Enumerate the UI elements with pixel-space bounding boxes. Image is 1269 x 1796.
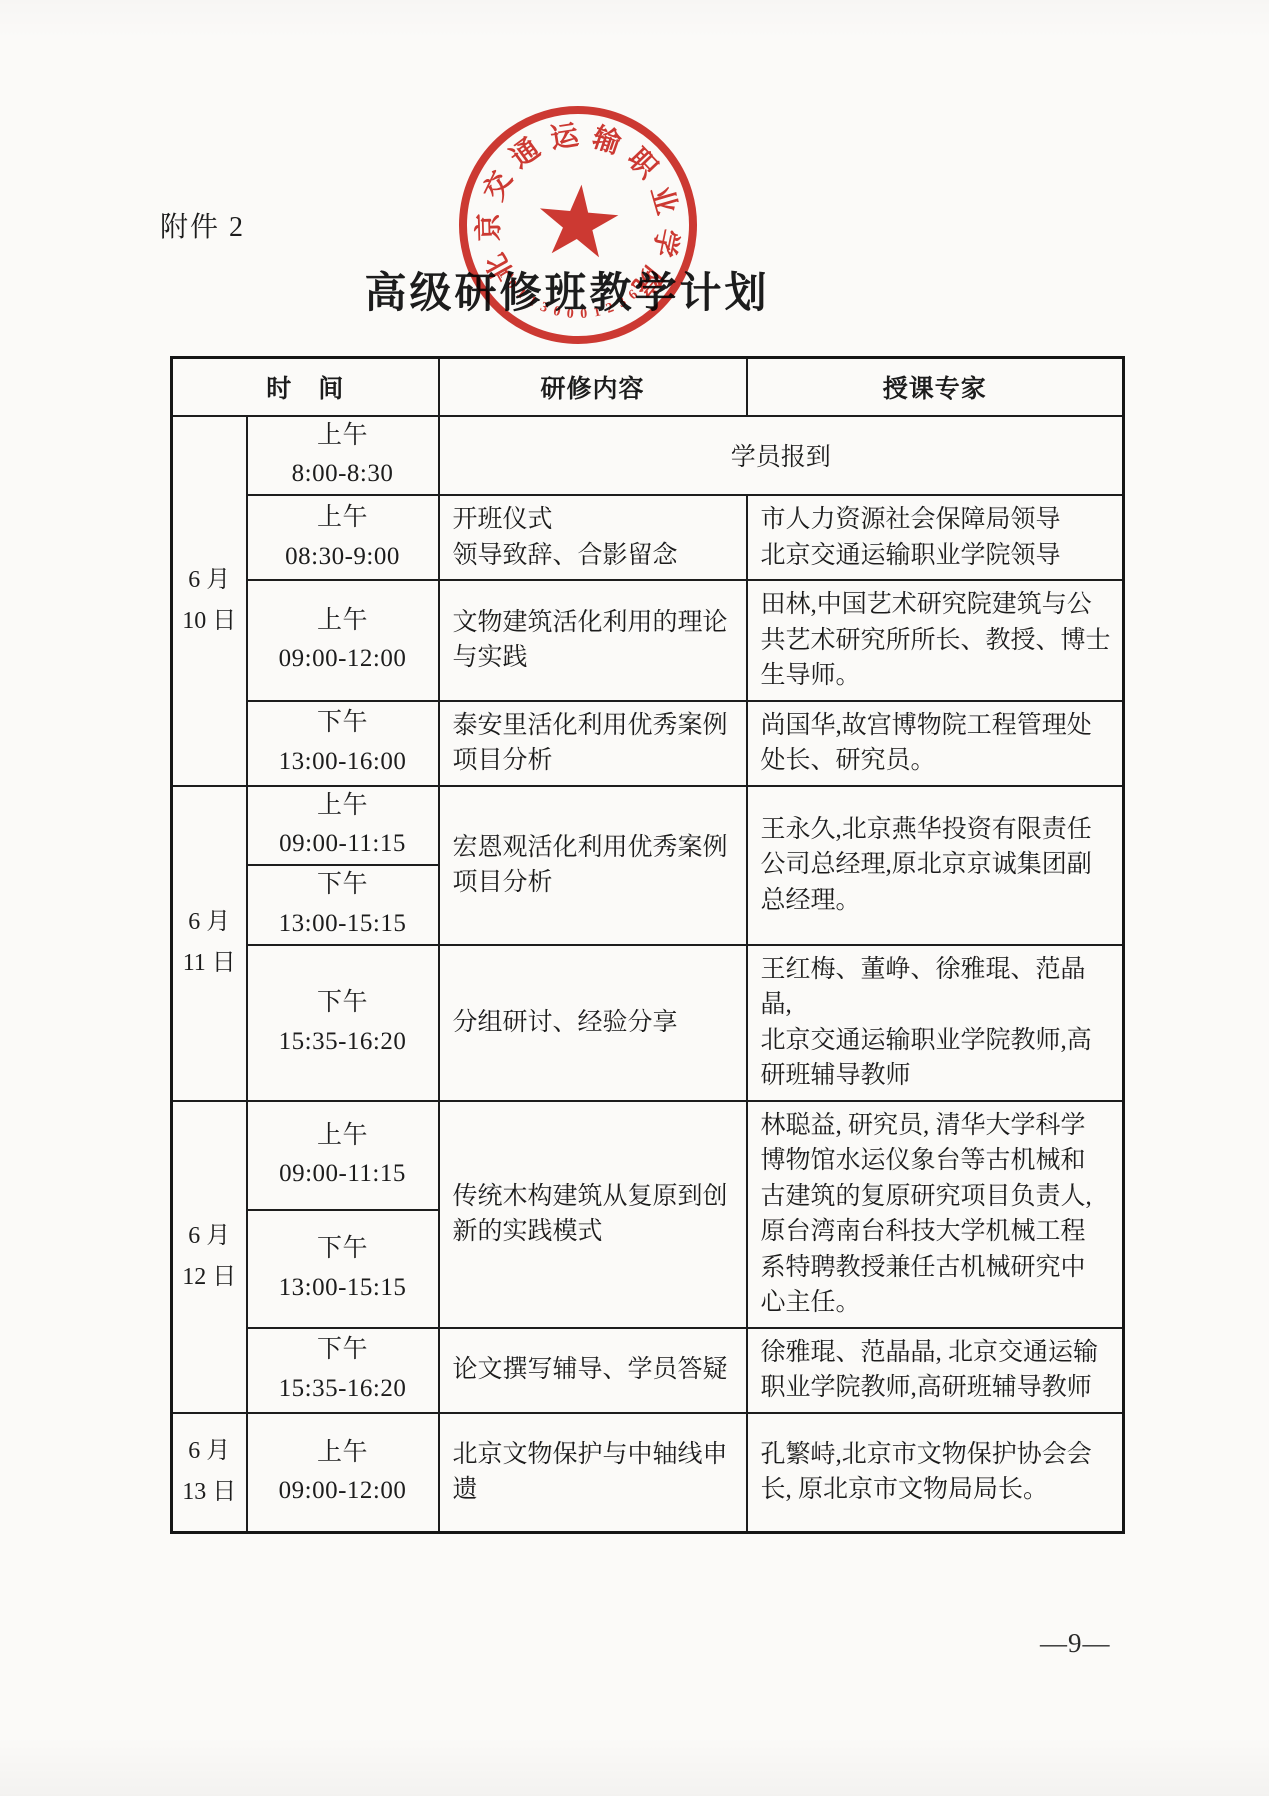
cell-date-jun11: 6 月 11 日 bbox=[172, 786, 247, 1101]
table-row: 下午 15:35-16:20 分组研讨、经验分享 王红梅、董峥、徐雅琨、范晶晶,… bbox=[172, 945, 1124, 1101]
header-expert: 授课专家 bbox=[747, 358, 1124, 416]
table-row: 上午 08:30-9:00 开班仪式 领导致辞、合影留念 市人力资源社会保障局领… bbox=[172, 495, 1124, 580]
attachment-label: 附件 2 bbox=[160, 205, 245, 245]
cell-time-r11: 上午 09:00-12:00 bbox=[247, 1413, 439, 1533]
cell-content-r10: 论文撰写辅导、学员答疑 bbox=[439, 1328, 747, 1413]
cell-time-r5: 上午 09:00-11:15 bbox=[247, 786, 439, 866]
table-row: 下午 13:00-16:00 泰安里活化利用优秀案例 项目分析 尚国华,故宫博物… bbox=[172, 701, 1124, 786]
table-row: 6 月 10 日 上午 8:00-8:30 学员报到 bbox=[172, 416, 1124, 496]
cell-content-r2: 开班仪式 领导致辞、合影留念 bbox=[439, 495, 747, 580]
cell-date-jun13: 6 月 13 日 bbox=[172, 1413, 247, 1533]
cell-time-r2: 上午 08:30-9:00 bbox=[247, 495, 439, 580]
schedule-table: 时 间 研修内容 授课专家 6 月 10 日 上午 8:00-8:30 学员报到… bbox=[170, 356, 1125, 1534]
cell-content-r4: 泰安里活化利用优秀案例 项目分析 bbox=[439, 701, 747, 786]
cell-time-r10: 下午 15:35-16:20 bbox=[247, 1328, 439, 1413]
header-content: 研修内容 bbox=[439, 358, 747, 416]
cell-time-r9: 下午 13:00-15:15 bbox=[247, 1210, 439, 1327]
header-time: 时 间 bbox=[172, 358, 439, 416]
cell-content-r11: 北京文物保护与中轴线申 遗 bbox=[439, 1413, 747, 1533]
cell-content-r56: 宏恩观活化利用优秀案例 项目分析 bbox=[439, 786, 747, 945]
seal-star-icon bbox=[534, 181, 622, 266]
cell-time-r8: 上午 09:00-11:15 bbox=[247, 1101, 439, 1211]
cell-expert-r2: 市人力资源社会保障局领导 北京交通运输职业学院领导 bbox=[747, 495, 1124, 580]
table-row: 6 月 11 日 上午 09:00-11:15 宏恩观活化利用优秀案例 项目分析… bbox=[172, 786, 1124, 866]
cell-time-r1: 上午 8:00-8:30 bbox=[247, 416, 439, 496]
cell-time-r3: 上午 09:00-12:00 bbox=[247, 580, 439, 701]
cell-expert-r56: 王永久,北京燕华投资有限责任 公司总经理,原北京京诚集团副 总经理。 bbox=[747, 786, 1124, 945]
cell-expert-r10: 徐雅琨、范晶晶, 北京交通运输 职业学院教师,高研班辅导教师 bbox=[747, 1328, 1124, 1413]
cell-time-r6: 下午 13:00-15:15 bbox=[247, 865, 439, 945]
cell-content-r7: 分组研讨、经验分享 bbox=[439, 945, 747, 1101]
cell-date-jun12: 6 月 12 日 bbox=[172, 1101, 247, 1413]
cell-time-r7: 下午 15:35-16:20 bbox=[247, 945, 439, 1101]
cell-date-jun10: 6 月 10 日 bbox=[172, 416, 247, 786]
table-row: 下午 15:35-16:20 论文撰写辅导、学员答疑 徐雅琨、范晶晶, 北京交通… bbox=[172, 1328, 1124, 1413]
cell-checkin: 学员报到 bbox=[439, 416, 1124, 496]
table-row: 6 月 13 日 上午 09:00-12:00 北京文物保护与中轴线申 遗 孔繁… bbox=[172, 1413, 1124, 1533]
cell-time-r4: 下午 13:00-16:00 bbox=[247, 701, 439, 786]
table-row: 6 月 12 日 上午 09:00-11:15 传统木构建筑从复原到创 新的实践… bbox=[172, 1101, 1124, 1211]
cell-content-r3: 文物建筑活化利用的理论 与实践 bbox=[439, 580, 747, 701]
page-number: —9— bbox=[1040, 1628, 1111, 1659]
document-page: 附件 2 高级研修班教学计划 北京交通运输职业学院 1011300012360 … bbox=[0, 0, 1269, 1796]
page-title: 高级研修班教学计划 bbox=[287, 260, 847, 320]
seal-serial-text: 1011300012360 bbox=[470, 96, 707, 117]
cell-expert-r7: 王红梅、董峥、徐雅琨、范晶晶, 北京交通运输职业学院教师,高 研班辅导教师 bbox=[747, 945, 1124, 1101]
cell-expert-r3: 田林,中国艺术研究院建筑与公 共艺术研究所所长、教授、博士 生导师。 bbox=[747, 580, 1124, 701]
cell-expert-r11: 孔繁峙,北京市文物保护协会会 长, 原北京市文物局局长。 bbox=[747, 1413, 1124, 1533]
cell-content-r89: 传统木构建筑从复原到创 新的实践模式 bbox=[439, 1101, 747, 1328]
table-row: 上午 09:00-12:00 文物建筑活化利用的理论 与实践 田林,中国艺术研究… bbox=[172, 580, 1124, 701]
seal-arc-text: 北京交通运输职业学院 bbox=[470, 96, 707, 117]
cell-expert-r89: 林聪益, 研究员, 清华大学科学 博物馆水运仪象台等古机械和 古建筑的复原研究项… bbox=[747, 1101, 1124, 1328]
cell-expert-r4: 尚国华,故宫博物院工程管理处 处长、研究员。 bbox=[747, 701, 1124, 786]
